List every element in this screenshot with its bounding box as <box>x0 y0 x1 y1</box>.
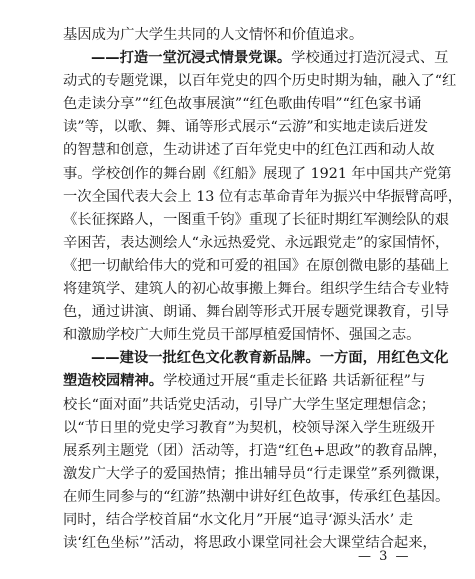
text-line: 校长“面对面”共话党史活动，引导广大学生坚定理想信念； <box>63 394 411 417</box>
text-line: 色走读分享”“红色故事展演”“红色歌曲传唱”“红色家书诵 <box>63 93 411 116</box>
emphasis-text: ——建设一批红色文化教育新品牌。 <box>91 350 320 366</box>
text-span: 辛困苦，表达测绘人“永远热爱党、永远跟党走”的家国情怀， <box>63 235 449 251</box>
text-line: 读”等，以歌、舞、诵等形式展示“云游”和实地走读后迸发 <box>63 116 411 139</box>
text-line: 事。学校创作的舞台剧《红船》展现了 1921 年中国共产党第 <box>63 163 411 186</box>
text-line: 动式的专题党课，以百年党史的四个历史时期为轴，融入了“红 <box>63 70 411 93</box>
text-span: 色，通过讲演、朗诵、舞台剧等形式开展专题党课教育，引导 <box>63 304 449 320</box>
emphasis-text: 塑造校园精神。 <box>63 373 163 389</box>
text-span: 同时，结合学校首届“水文化月”开展“追寻‘源头活水’ 走 <box>63 512 413 528</box>
text-span: 读”等，以歌、舞、诵等形式展示“云游”和实地走读后迸发 <box>63 119 428 135</box>
text-span: 色走读分享”“红色故事展演”“红色歌曲传唱”“红色家书诵 <box>63 96 421 112</box>
text-span: 动式的专题党课，以百年党史的四个历史时期为轴，融入了“红 <box>63 73 456 89</box>
text-span: 事。学校创作的舞台剧《红船》展现了 1921 年中国共产党第 <box>63 166 452 182</box>
document-page: 基因成为广大学生共同的人文情怀和价值追求。——打造一堂沉浸式情景党课。学校通过打… <box>0 0 475 579</box>
text-line: 基因成为广大学生共同的人文情怀和价值追求。 <box>63 24 411 47</box>
text-line: 《长征探路人，一图重千钧》重现了长征时期红军测绘队的艰 <box>63 209 411 232</box>
text-span: 校长“面对面”共话党史活动，引导广大学生坚定理想信念； <box>63 397 435 413</box>
text-span: 以“节日里的党史学习教育”为契机，校领导深入学生班级开 <box>63 420 435 436</box>
text-line: 和激励学校广大师生党员干部厚植爱国情怀、强国之志。 <box>63 324 411 347</box>
text-span: 激发广大学子的爱国热情；推出辅导员“行走课堂”系列微课， <box>63 466 449 482</box>
text-line: 同时，结合学校首届“水文化月”开展“追寻‘源头活水’ 走 <box>63 509 411 532</box>
text-span: 基因成为广大学生共同的人文情怀和价值追求。 <box>63 27 363 43</box>
body-text: 基因成为广大学生共同的人文情怀和价值追求。——打造一堂沉浸式情景党课。学校通过打… <box>63 24 411 555</box>
text-line: 辛困苦，表达测绘人“永远热爱党、永远跟党走”的家国情怀， <box>63 232 411 255</box>
emphasis-text: ——打造一堂沉浸式情景党课。 <box>91 50 291 66</box>
text-line: 激发广大学子的爱国热情；推出辅导员“行走课堂”系列微课， <box>63 463 411 486</box>
emphasis-text: 一方面，用红色文化 <box>320 350 449 366</box>
text-span: 展系列主题党（团）活动等，打造“红色+思政”的教育品牌， <box>63 443 447 459</box>
text-line: 《把一切献给伟大的党和可爱的祖国》在原创微电影的基础上 <box>63 255 411 278</box>
text-span: 在师生同参与的“红游”热潮中讲好红色故事，传承红色基因。 <box>63 489 449 505</box>
text-line: 在师生同参与的“红游”热潮中讲好红色故事，传承红色基因。 <box>63 486 411 509</box>
text-line: ——建设一批红色文化教育新品牌。一方面，用红色文化 <box>63 347 411 370</box>
text-line: 的智慧和创意，生动讲述了百年党史中的红色江西和动人故 <box>63 139 411 162</box>
text-span: 《长征探路人，一图重千钧》重现了长征时期红军测绘队的艰 <box>63 212 449 228</box>
text-span: 的智慧和创意，生动讲述了百年党史中的红色江西和动人故 <box>63 142 435 158</box>
text-span: 将建筑学、建筑人的初心故事搬上舞台。组织学生结合专业特 <box>63 281 449 297</box>
text-line: 一次全国代表大会上 13 位有志革命青年为振兴中华振臂高呼， <box>63 186 411 209</box>
text-span: 学校通过开展“重走长征路 共话新征程”与 <box>163 373 425 389</box>
text-span: 和激励学校广大师生党员干部厚植爱国情怀、强国之志。 <box>63 327 420 343</box>
text-span: 一次全国代表大会上 13 位有志革命青年为振兴中华振臂高呼， <box>63 189 462 205</box>
text-line: 以“节日里的党史学习教育”为契机，校领导深入学生班级开 <box>63 417 411 440</box>
text-span: 学校通过打造沉浸式、互 <box>291 50 448 66</box>
page-number: — 3 — <box>358 549 411 564</box>
text-span: 《把一切献给伟大的党和可爱的祖国》在原创微电影的基础上 <box>63 258 449 274</box>
text-line: 展系列主题党（团）活动等，打造“红色+思政”的教育品牌， <box>63 440 411 463</box>
text-line: 将建筑学、建筑人的初心故事搬上舞台。组织学生结合专业特 <box>63 278 411 301</box>
text-line: 塑造校园精神。学校通过开展“重走长征路 共话新征程”与 <box>63 370 411 393</box>
text-line: 色，通过讲演、朗诵、舞台剧等形式开展专题党课教育，引导 <box>63 301 411 324</box>
text-line: ——打造一堂沉浸式情景党课。学校通过打造沉浸式、互 <box>63 47 411 70</box>
